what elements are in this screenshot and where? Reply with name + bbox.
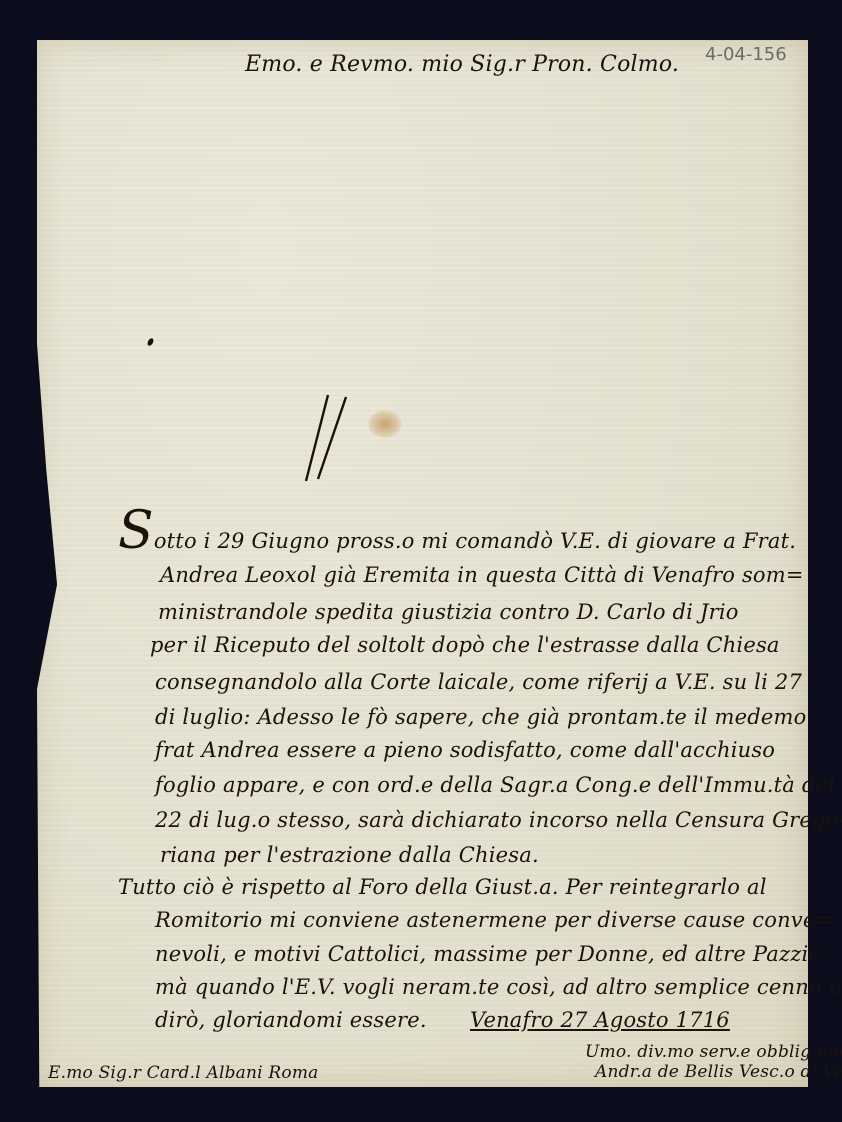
body-line-2: Andrea Leoxol già Eremita in questa Citt… [160,563,804,587]
body-line-10: riana per l'estrazione dalla Chiesa. [160,843,539,867]
place-date: Venafro 27 Agosto 1716 [470,1008,730,1032]
body-line-9: 22 di lug.o stesso, sarà dichiarato inco… [155,808,842,832]
body-line-13: nevoli, e motivi Cattolici, massime per … [155,942,828,966]
archive-number: 4-04-156 [705,44,787,65]
closing-line-1: Umo. div.mo serv.e obblig.mo [585,1042,842,1062]
salutation: Emo. e Revmo. mio Sig.r Pron. Colmo. [245,52,679,77]
water-stain [368,410,402,438]
body-line-15: dirò, gloriandomi essere. [155,1008,427,1032]
marginal-double-slash-mark [300,393,350,483]
addressee: E.mo Sig.r Card.l Albani Roma [48,1063,318,1083]
body-line-4: per il Riceputo del soltolt dopò che l'e… [150,633,780,657]
body-line-14: mà quando l'E.V. vogli neram.te così, ad… [155,975,842,999]
signature: Andr.a de Bellis Vesc.o di Venafro [595,1062,842,1082]
body-line-3: ministrandole spedita giustizia contro D… [158,600,739,624]
body-line-11: Tutto ciò è rispetto al Foro della Giust… [118,875,767,899]
body-line-5: consegnandolo alla Corte laicale, come r… [155,670,802,694]
body-line-6: di luglio: Adesso le fò sapere, che già … [155,705,807,729]
body-line-8: foglio appare, e con ord.e della Sagr.a … [155,773,835,797]
drop-cap: S [118,501,154,561]
body-line-12: Romitorio mi conviene astenermene per di… [155,908,833,932]
body-line-7: frat Andrea essere a pieno sodisfatto, c… [155,738,775,762]
body-line-1: Sotto i 29 Giugno pross.o mi comandò V.E… [118,505,796,557]
